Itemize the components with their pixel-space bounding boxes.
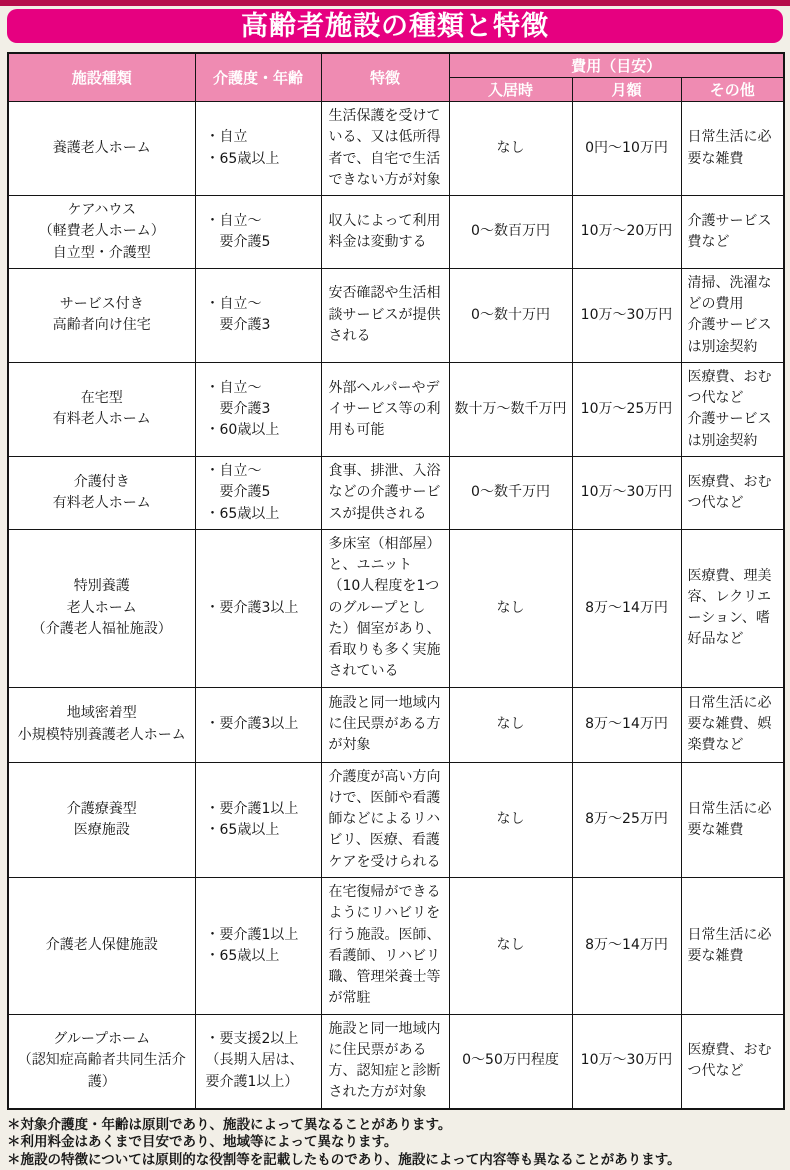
move-in-cost-cell: 0～数百万円 bbox=[449, 196, 572, 269]
footnote-line: ＊施設の特徴については原則的な役割等を記載したものであり、施設によって内容等も異… bbox=[7, 1152, 783, 1170]
table-row: ケアハウス （軽費老人ホーム） 自立型・介護型 ・自立～ 要介護5 収入によって… bbox=[8, 196, 784, 269]
monthly-cost-cell: 10万～30万円 bbox=[572, 1014, 681, 1109]
column-header-facility: 施設種類 bbox=[8, 53, 195, 102]
care-level-cell: ・自立～ 要介護5 bbox=[195, 196, 321, 269]
facility-name-cell: 介護付き 有料老人ホーム bbox=[8, 456, 195, 529]
footnotes: ＊対象介護度・年齢は原則であり、施設によって異なることがあります。 ＊利用料金は… bbox=[7, 1117, 783, 1170]
table-row: 在宅型 有料老人ホーム ・自立～ 要介護3 ・60歳以上 外部ヘルパーやデイサー… bbox=[8, 362, 784, 456]
monthly-cost-cell: 8万～14万円 bbox=[572, 687, 681, 762]
features-cell: 施設と同一地域内に住民票がある方、認知症と診断された方が対象 bbox=[321, 1014, 449, 1109]
monthly-cost-cell: 10万～25万円 bbox=[572, 362, 681, 456]
facility-name-cell: サービス付き 高齢者向け住宅 bbox=[8, 268, 195, 362]
features-cell: 収入によって利用料金は変動する bbox=[321, 196, 449, 269]
facility-name-cell: 在宅型 有料老人ホーム bbox=[8, 362, 195, 456]
column-header-care-level: 介護度・年齢 bbox=[195, 53, 321, 102]
table-row: 地域密着型 小規模特別養護老人ホーム ・要介護3以上 施設と同一地域内に住民票が… bbox=[8, 687, 784, 762]
move-in-cost-cell: なし bbox=[449, 529, 572, 687]
facility-name-cell: グループホーム （認知症高齢者共同生活介護） bbox=[8, 1014, 195, 1109]
facility-name-cell: 地域密着型 小規模特別養護老人ホーム bbox=[8, 687, 195, 762]
monthly-cost-cell: 8万～14万円 bbox=[572, 877, 681, 1014]
table-row: 特別養護 老人ホーム （介護老人福祉施設） ・要介護3以上 多床室（相部屋）と、… bbox=[8, 529, 784, 687]
monthly-cost-cell: 10万～30万円 bbox=[572, 268, 681, 362]
move-in-cost-cell: 0～数千万円 bbox=[449, 456, 572, 529]
care-level-cell: ・自立～ 要介護3 ・60歳以上 bbox=[195, 362, 321, 456]
care-level-cell: ・自立～ 要介護3 bbox=[195, 268, 321, 362]
column-header-cost-group: 費用（目安） bbox=[449, 53, 784, 78]
monthly-cost-cell: 8万～25万円 bbox=[572, 762, 681, 877]
move-in-cost-cell: 0～数十万円 bbox=[449, 268, 572, 362]
column-header-other-cost: その他 bbox=[681, 78, 784, 102]
move-in-cost-cell: 0～50万円程度 bbox=[449, 1014, 572, 1109]
other-cost-cell: 医療費、おむつ代など 介護サービスは別途契約 bbox=[681, 362, 784, 456]
table-header: 施設種類 介護度・年齢 特徴 費用（目安） 入居時 月額 その他 bbox=[8, 53, 784, 102]
features-cell: 多床室（相部屋）と、ユニット（10人程度を1つのグループとした）個室があり、看取… bbox=[321, 529, 449, 687]
care-level-cell: ・要介護3以上 bbox=[195, 529, 321, 687]
features-cell: 生活保護を受けている、又は低所得者で、自宅で生活できない方が対象 bbox=[321, 102, 449, 196]
table-row: 介護療養型 医療施設 ・要介護1以上 ・65歳以上 介護度が高い方向けで、医師や… bbox=[8, 762, 784, 877]
move-in-cost-cell: 数十万～数千万円 bbox=[449, 362, 572, 456]
other-cost-cell: 清掃、洗濯などの費用 介護サービスは別途契約 bbox=[681, 268, 784, 362]
top-accent-strip bbox=[0, 0, 790, 6]
facility-name-cell: 介護老人保健施設 bbox=[8, 877, 195, 1014]
care-level-cell: ・要介護1以上 ・65歳以上 bbox=[195, 877, 321, 1014]
facility-comparison-table: 施設種類 介護度・年齢 特徴 費用（目安） 入居時 月額 その他 養護老人ホーム… bbox=[7, 52, 785, 1110]
page: 高齢者施設の種類と特徴 施設種類 介護度・年齢 特徴 費用（目安） 入居時 月額… bbox=[0, 0, 790, 1170]
table-body: 養護老人ホーム ・自立 ・65歳以上 生活保護を受けている、又は低所得者で、自宅… bbox=[8, 102, 784, 1109]
monthly-cost-cell: 8万～14万円 bbox=[572, 529, 681, 687]
other-cost-cell: 医療費、おむつ代など bbox=[681, 1014, 784, 1109]
features-cell: 外部ヘルパーやデイサービス等の利用も可能 bbox=[321, 362, 449, 456]
facility-name-cell: 介護療養型 医療施設 bbox=[8, 762, 195, 877]
facility-name-cell: 特別養護 老人ホーム （介護老人福祉施設） bbox=[8, 529, 195, 687]
column-header-features: 特徴 bbox=[321, 53, 449, 102]
footnote-line: ＊利用料金はあくまで目安であり、地域等によって異なります。 bbox=[7, 1134, 783, 1152]
facility-name-cell: ケアハウス （軽費老人ホーム） 自立型・介護型 bbox=[8, 196, 195, 269]
other-cost-cell: 日常生活に必要な雑費 bbox=[681, 102, 784, 196]
features-cell: 食事、排泄、入浴などの介護サービスが提供される bbox=[321, 456, 449, 529]
features-cell: 施設と同一地域内に住民票がある方が対象 bbox=[321, 687, 449, 762]
other-cost-cell: 日常生活に必要な雑費 bbox=[681, 762, 784, 877]
features-cell: 安否確認や生活相談サービスが提供される bbox=[321, 268, 449, 362]
table-row: グループホーム （認知症高齢者共同生活介護） ・要支援2以上 （長期入居は、要介… bbox=[8, 1014, 784, 1109]
table-row: 介護付き 有料老人ホーム ・自立～ 要介護5 ・65歳以上 食事、排泄、入浴など… bbox=[8, 456, 784, 529]
move-in-cost-cell: なし bbox=[449, 762, 572, 877]
care-level-cell: ・自立～ 要介護5 ・65歳以上 bbox=[195, 456, 321, 529]
other-cost-cell: 介護サービス費など bbox=[681, 196, 784, 269]
features-cell: 介護度が高い方向けで、医師や看護師などによるリハビリ、医療、看護ケアを受けられる bbox=[321, 762, 449, 877]
monthly-cost-cell: 10万～20万円 bbox=[572, 196, 681, 269]
other-cost-cell: 医療費、おむつ代など bbox=[681, 456, 784, 529]
move-in-cost-cell: なし bbox=[449, 102, 572, 196]
footnote-line: ＊対象介護度・年齢は原則であり、施設によって異なることがあります。 bbox=[7, 1117, 783, 1135]
care-level-cell: ・要支援2以上 （長期入居は、要介護1以上） bbox=[195, 1014, 321, 1109]
features-cell: 在宅復帰ができるようにリハビリを行う施設。医師、看護師、リハビリ職、管理栄養士等… bbox=[321, 877, 449, 1014]
monthly-cost-cell: 10万～30万円 bbox=[572, 456, 681, 529]
other-cost-cell: 医療費、理美容、レクリエーション、嗜好品など bbox=[681, 529, 784, 687]
facility-name-cell: 養護老人ホーム bbox=[8, 102, 195, 196]
table-row: 養護老人ホーム ・自立 ・65歳以上 生活保護を受けている、又は低所得者で、自宅… bbox=[8, 102, 784, 196]
other-cost-cell: 日常生活に必要な雑費、娯楽費など bbox=[681, 687, 784, 762]
table-row: 介護老人保健施設 ・要介護1以上 ・65歳以上 在宅復帰ができるようにリハビリを… bbox=[8, 877, 784, 1014]
column-header-move-in-cost: 入居時 bbox=[449, 78, 572, 102]
monthly-cost-cell: 0円～10万円 bbox=[572, 102, 681, 196]
other-cost-cell: 日常生活に必要な雑費 bbox=[681, 877, 784, 1014]
move-in-cost-cell: なし bbox=[449, 877, 572, 1014]
table-row: サービス付き 高齢者向け住宅 ・自立～ 要介護3 安否確認や生活相談サービスが提… bbox=[8, 268, 784, 362]
care-level-cell: ・自立 ・65歳以上 bbox=[195, 102, 321, 196]
care-level-cell: ・要介護1以上 ・65歳以上 bbox=[195, 762, 321, 877]
page-title: 高齢者施設の種類と特徴 bbox=[7, 9, 783, 43]
move-in-cost-cell: なし bbox=[449, 687, 572, 762]
care-level-cell: ・要介護3以上 bbox=[195, 687, 321, 762]
column-header-monthly-cost: 月額 bbox=[572, 78, 681, 102]
